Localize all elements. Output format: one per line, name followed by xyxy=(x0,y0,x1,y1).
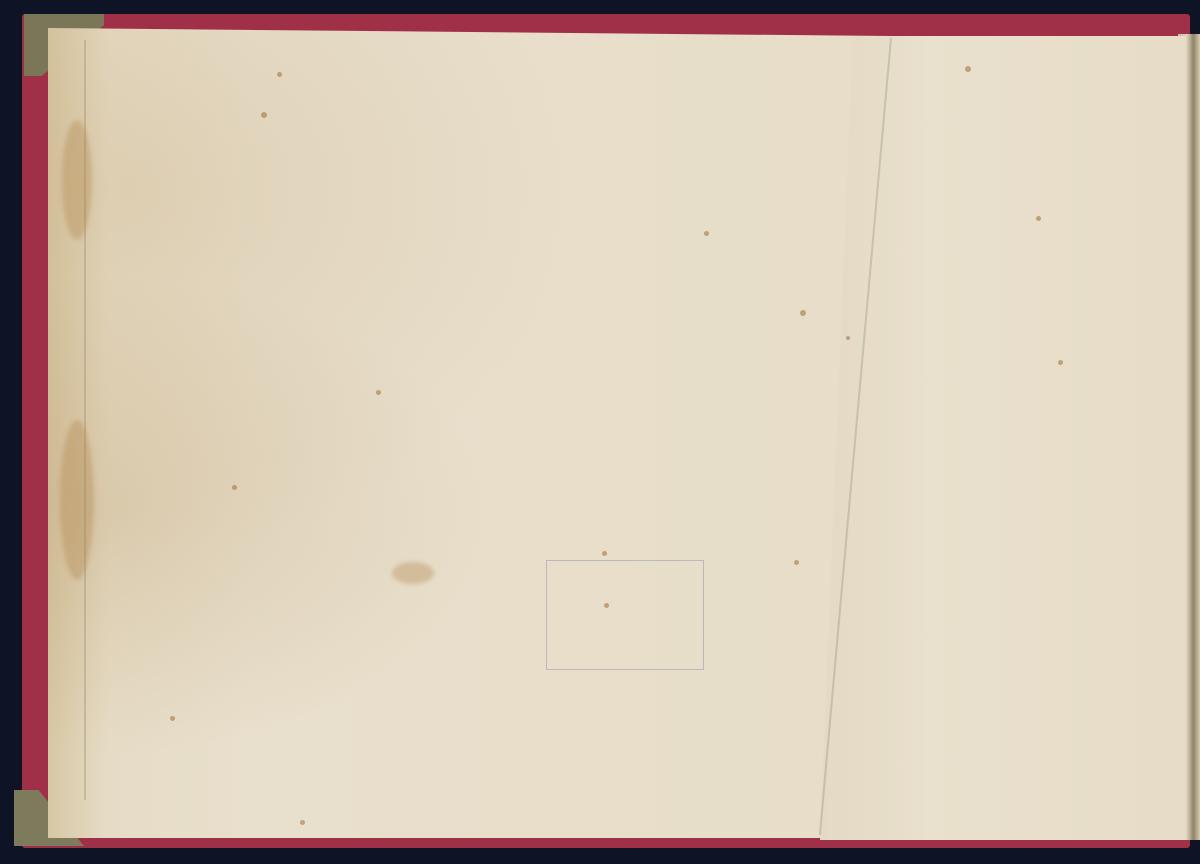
stain xyxy=(62,120,92,240)
foxing-spot xyxy=(704,231,709,236)
foxing-spot xyxy=(1058,360,1063,365)
foxing-spot xyxy=(794,560,799,565)
foxing-spot xyxy=(1036,216,1041,221)
foxing-spot xyxy=(170,716,175,721)
foxing-spot xyxy=(277,72,282,77)
foxing-spot xyxy=(261,112,267,118)
foxing-spot xyxy=(232,485,237,490)
foxing-spot xyxy=(376,390,381,395)
stain xyxy=(392,562,434,584)
stain xyxy=(60,420,94,580)
endpaper-right xyxy=(820,36,1186,840)
scanned-page xyxy=(0,0,1200,864)
foxing-spot xyxy=(602,551,607,556)
foxing-spot xyxy=(800,310,806,316)
endpaper-left xyxy=(48,28,898,838)
foxing-spot xyxy=(604,603,609,608)
foxing-spot xyxy=(846,336,850,340)
foxing-spot xyxy=(300,820,305,825)
foxing-spot xyxy=(965,66,971,72)
pencil-frame xyxy=(546,560,704,670)
